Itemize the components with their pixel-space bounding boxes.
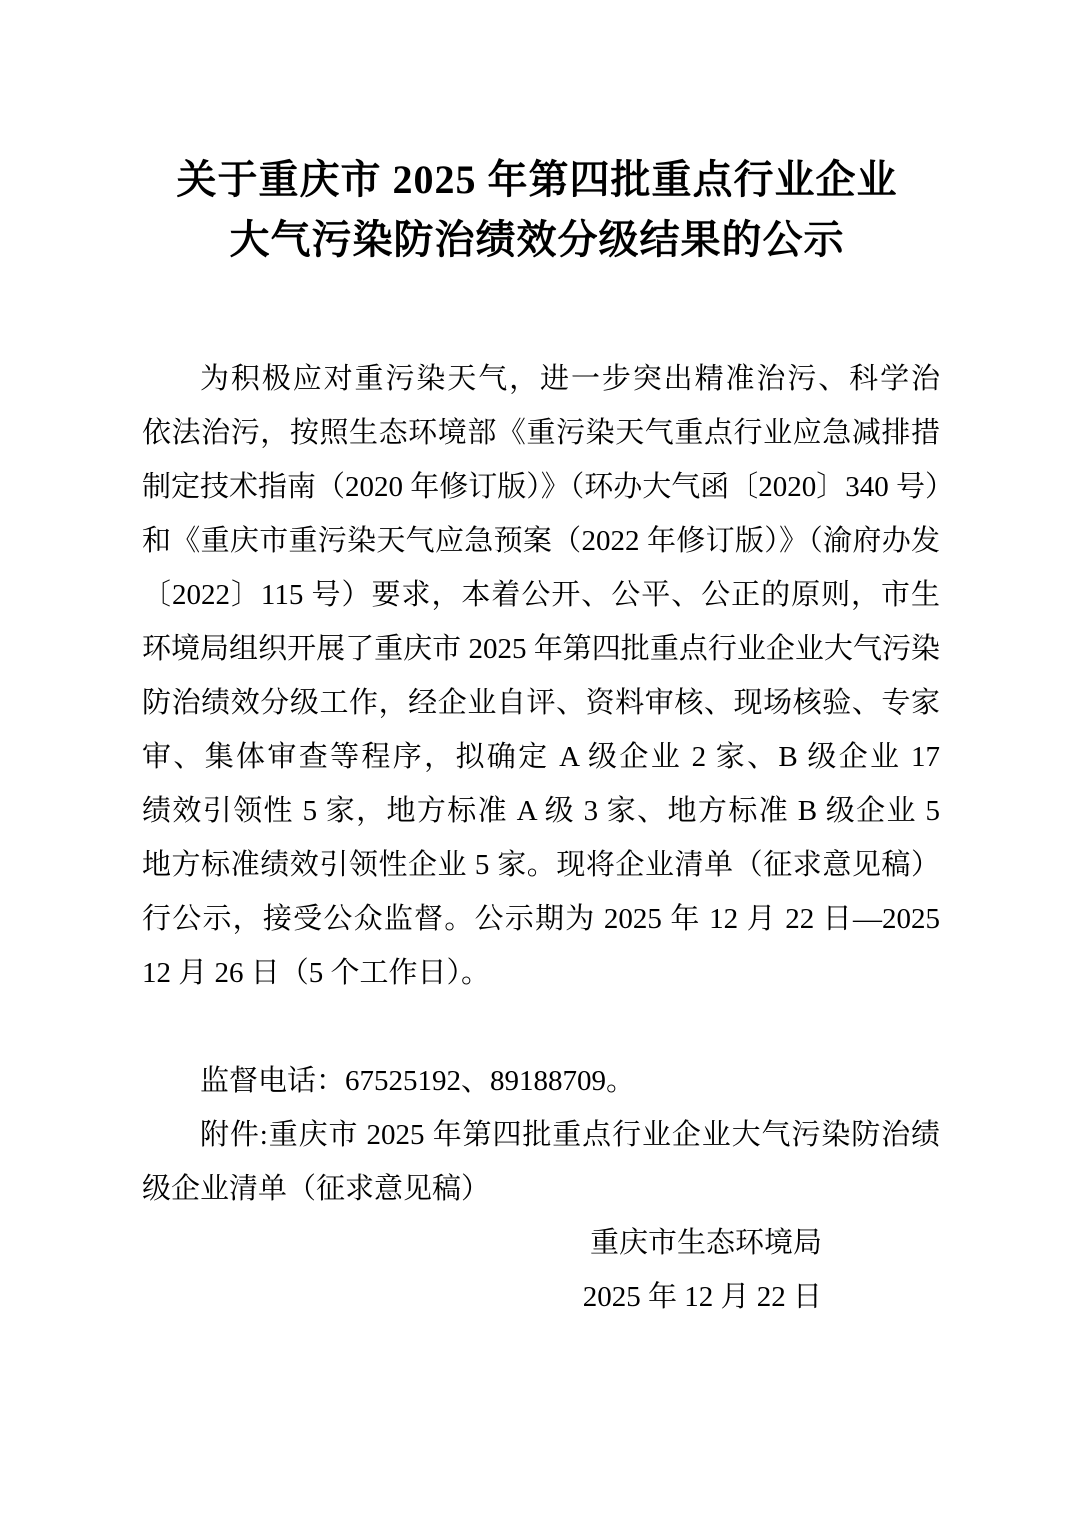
text-line: 绩效引领性 5 家，地方标准 A 级 3 家、地方标准 B 级企业 5 家、 [142,784,940,838]
signature-org: 重庆市生态环境局 [142,1216,822,1270]
text-line: 审、集体审查等程序，拟确定 A 级企业 2 家、B 级企业 17 家、 [142,730,940,784]
paragraph-spacer [142,1000,940,1054]
text-line: 为积极应对重污染天气，进一步突出精准治污、科学治污、 [142,352,940,406]
text-line: 监督电话：67525192、89188709。 [142,1054,940,1108]
title-line-2: 大气污染防治绩效分级结果的公示 [0,210,1074,270]
supervision-phone-paragraph: 监督电话：67525192、89188709。 [142,1054,940,1108]
attachment-note-paragraph: 附件:重庆市 2025 年第四批重点行业企业大气污染防治绩效分级企业清单（征求意… [142,1108,940,1216]
text-line: 制定技术指南（2020 年修订版）》（环办大气函〔2020〕340 号） [142,460,940,514]
text-line: 级企业清单（征求意见稿） [142,1162,940,1216]
signature-date: 2025 年 12 月 22 日 [142,1270,822,1324]
text-line: 〔2022〕115 号）要求，本着公开、公平、公正的原则，市生态 [142,568,940,622]
text-line: 依法治污，按照生态环境部《重污染天气重点行业应急减排措施 [142,406,940,460]
text-line: 附件:重庆市 2025 年第四批重点行业企业大气污染防治绩效分 [142,1108,940,1162]
text-line: 行公示，接受公众监督。公示期为 2025 年 12 月 22 日—2025 年 [142,892,940,946]
document-title: 关于重庆市 2025 年第四批重点行业企业 大气污染防治绩效分级结果的公示 [0,0,1074,270]
text-line: 环境局组织开展了重庆市 2025 年第四批重点行业企业大气污染 [142,622,940,676]
document-page: 关于重庆市 2025 年第四批重点行业企业 大气污染防治绩效分级结果的公示 为积… [0,0,1074,1520]
text-line: 和《重庆市重污染天气应急预案（2022 年修订版）》（渝府办发 [142,514,940,568]
signature-block: 重庆市生态环境局 2025 年 12 月 22 日 [142,1216,940,1324]
document-body: 为积极应对重污染天气，进一步突出精准治污、科学治污、依法治污，按照生态环境部《重… [142,352,940,1324]
text-line: 防治绩效分级工作，经企业自评、资料审核、现场核验、专家会 [142,676,940,730]
text-line: 地方标准绩效引领性企业 5 家。现将企业清单（征求意见稿）进 [142,838,940,892]
main-paragraph: 为积极应对重污染天气，进一步突出精准治污、科学治污、依法治污，按照生态环境部《重… [142,352,940,1000]
title-line-1: 关于重庆市 2025 年第四批重点行业企业 [0,150,1074,210]
text-line: 12 月 26 日（5 个工作日）。 [142,946,940,1000]
